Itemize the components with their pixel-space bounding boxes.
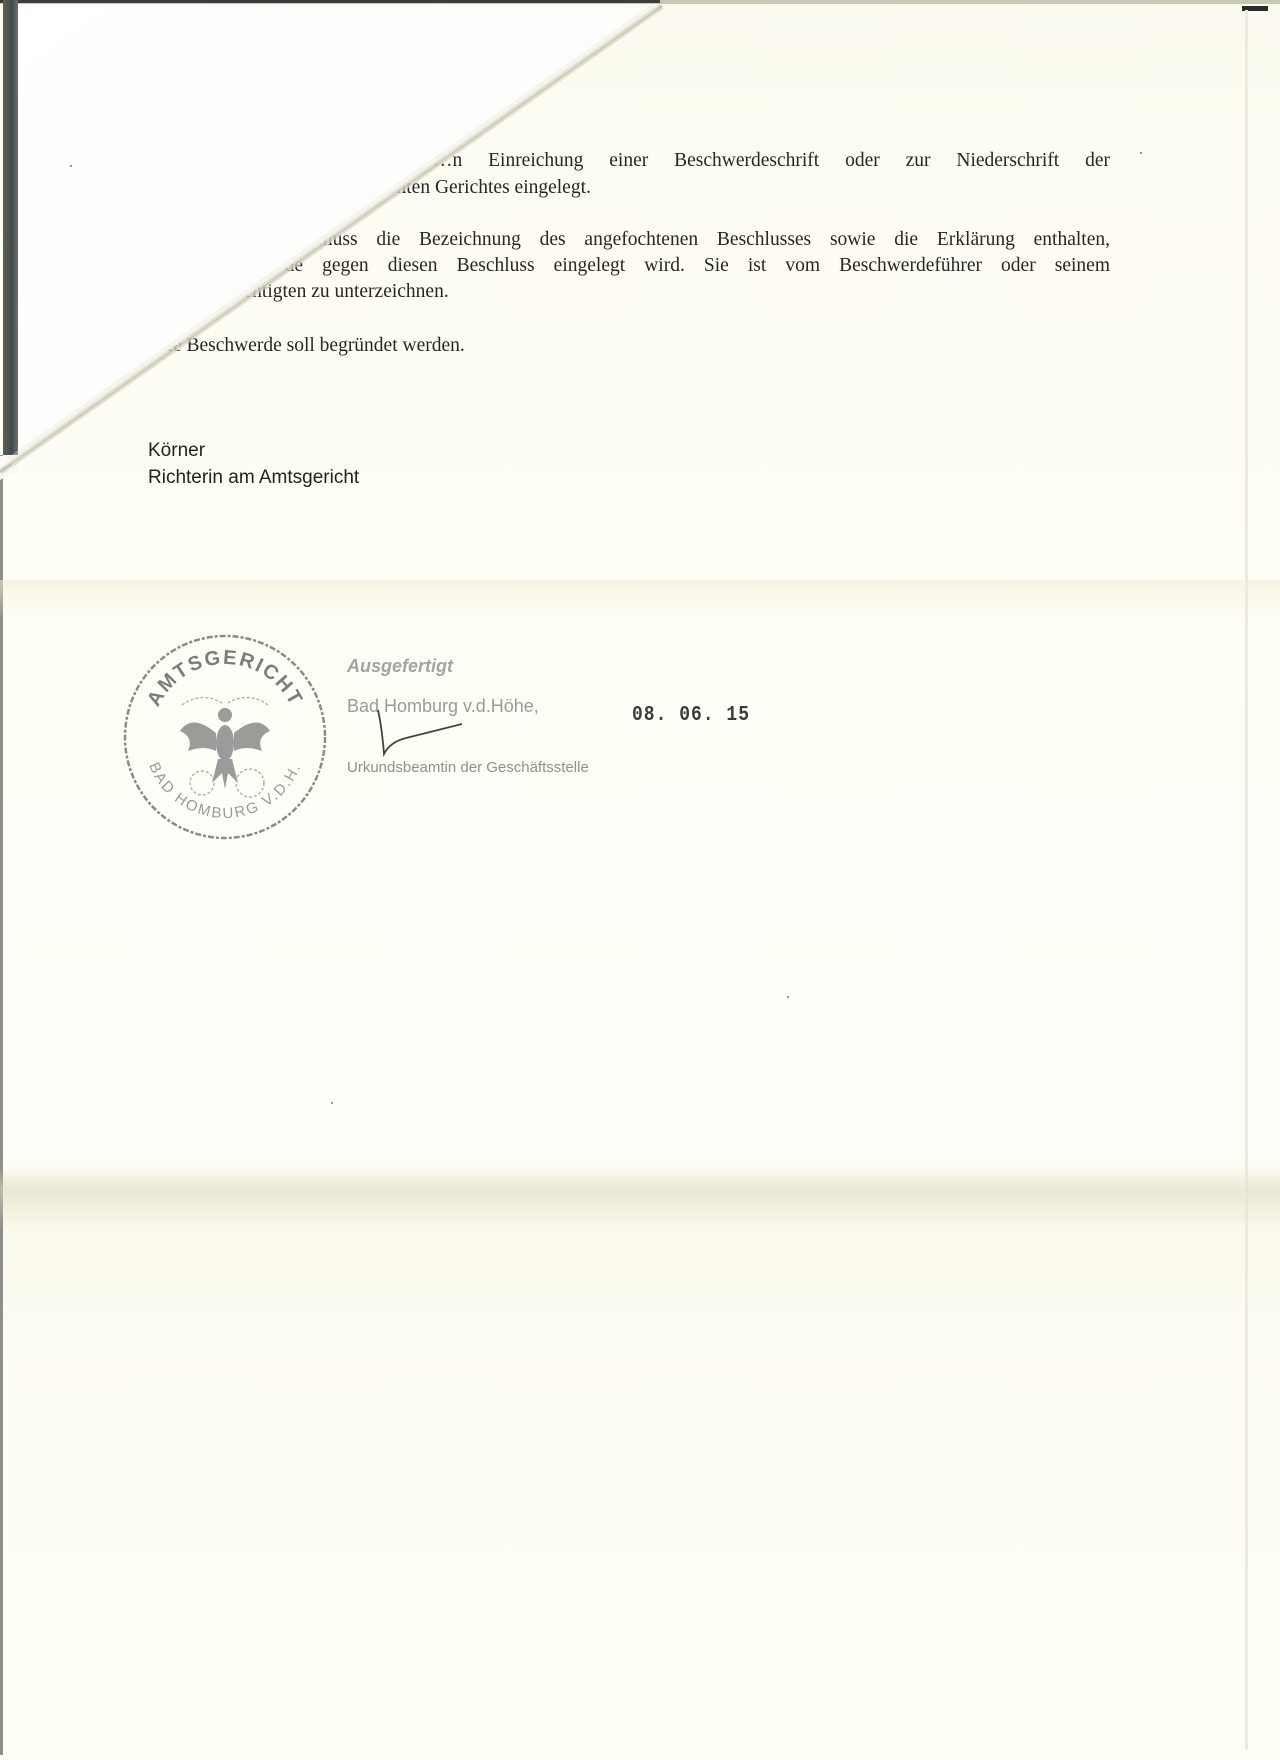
scan-speck [787,996,789,998]
court-seal-icon: AMTSGERICHT BAD HOMBURG V.D.H. [122,633,328,841]
paper-right-edge [1245,10,1248,1750]
certification-date: 08. 06. 15 [632,703,750,727]
handwritten-signature-icon [370,708,470,758]
folded-corner [0,0,700,480]
certification-official: Urkundsbeamtin der Geschäftsstelle [347,759,589,776]
judge-title: Richterin am Amtsgericht [148,467,359,489]
scan-speck [331,1102,333,1104]
svg-text:AMTSGERICHT: AMTSGERICHT [143,647,307,710]
judge-name: Körner [148,440,205,462]
scan-speck [70,165,72,167]
paper-left-edge [0,455,3,1755]
scan-speck [1140,152,1142,154]
certification-heading: Ausgefertigt [347,656,453,677]
scanned-page: …n Einreichung einer Beschwerdeschrift o… [0,0,1280,1760]
paper-fold-crease [0,580,1280,620]
paper-fold-crease [0,1168,1280,1228]
